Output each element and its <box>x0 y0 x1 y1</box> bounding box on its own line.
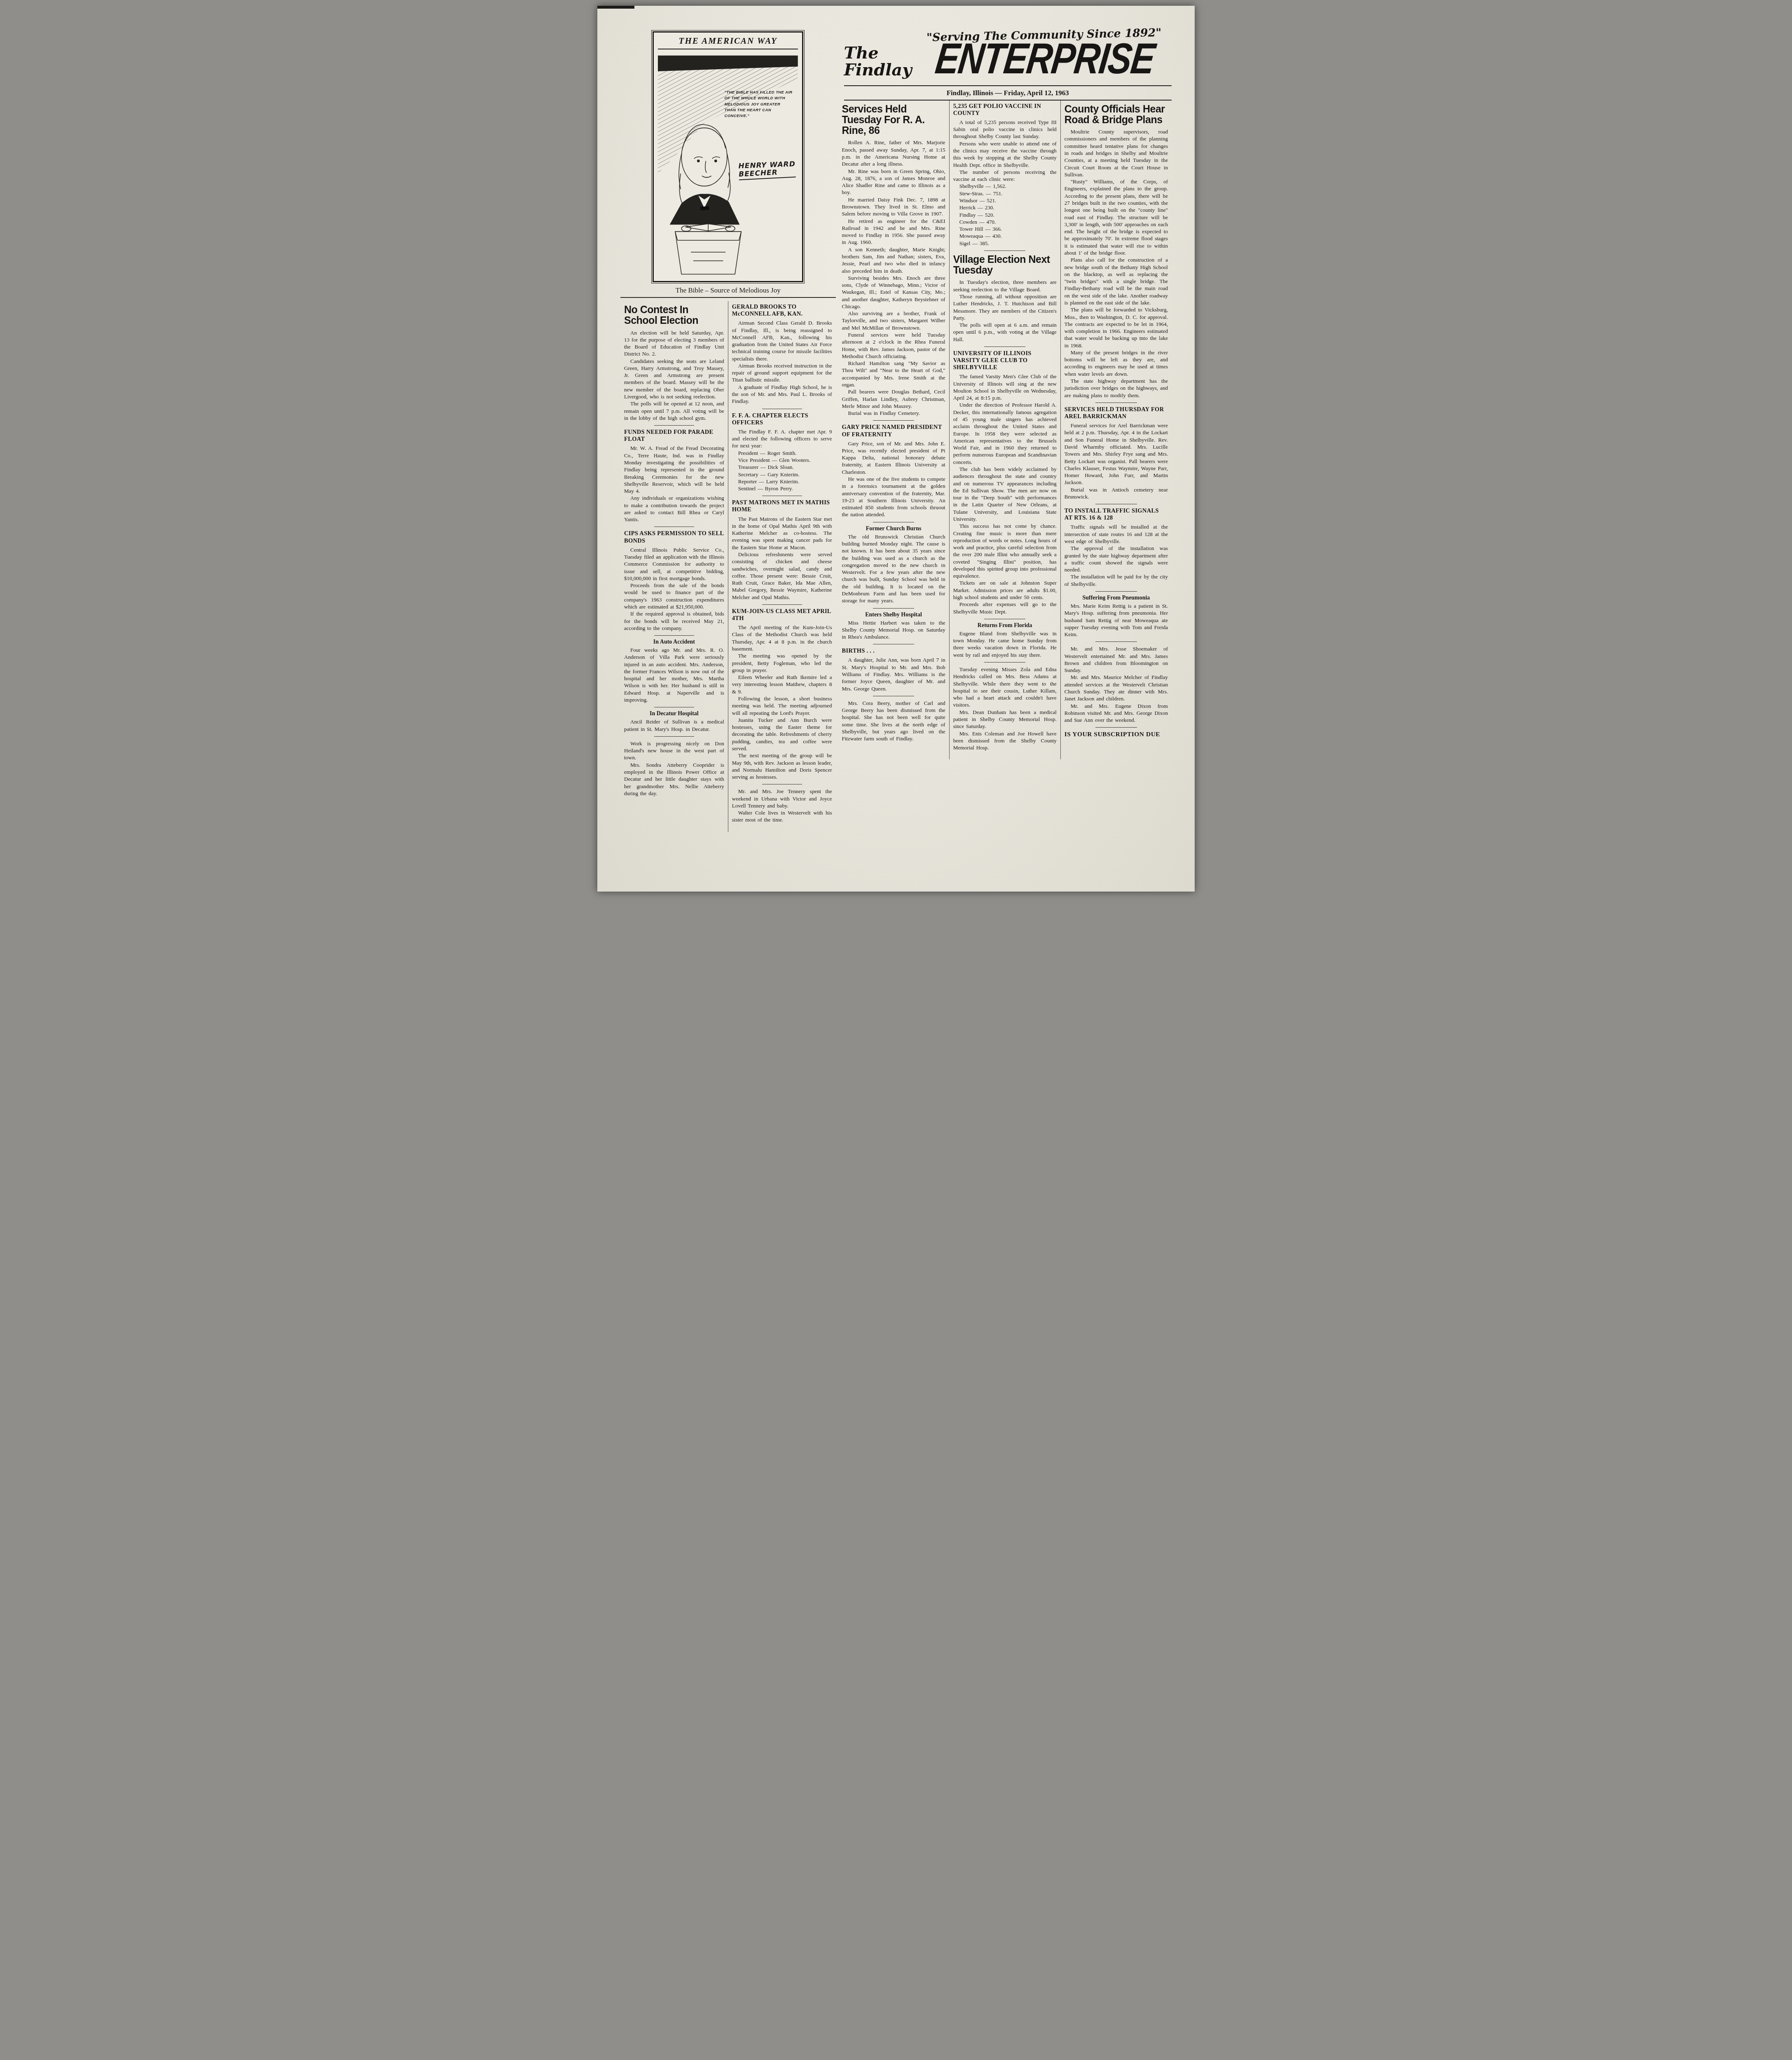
article-headline: TO INSTALL TRAFFIC SIGNALS AT RTS. 16 & … <box>1064 508 1168 522</box>
article-paragraph: Work is progressing nicely on Don Heilan… <box>624 740 724 761</box>
article-headline: PAST MATRONS MET IN MATHIS HOME <box>732 499 832 513</box>
article-list-line: Reporter — Larry Knierim. <box>732 478 832 485</box>
article-paragraph: The plans will be forwarded to Vicksburg… <box>1064 306 1168 349</box>
article-headline: GERALD BROOKS TO McCONNELL AFB, KAN. <box>732 304 832 318</box>
article-list-line: Findlay — 520. <box>953 211 1057 218</box>
news-column-4: 5,235 GET POLIO VACCINE IN COUNTYA total… <box>949 101 1060 760</box>
article-paragraph: Burial was in Findlay Cemetery. <box>842 410 945 417</box>
article-headline: IS YOUR SUBSCRIPTION DUE <box>1064 731 1168 738</box>
news-article: SERVICES HELD THURSDAY FOR AREL BARRICKM… <box>1064 406 1168 500</box>
article-list-line: Sigel — 385. <box>953 240 1057 247</box>
news-article: PAST MATRONS MET IN MATHIS HOMEThe Past … <box>732 499 832 601</box>
article-paragraph: Mrs. Cora Beery, mother of Carl and Geor… <box>842 700 945 742</box>
article-divider <box>1095 504 1137 504</box>
news-column-2: GERALD BROOKS TO McCONNELL AFB, KAN.Airm… <box>728 301 836 832</box>
news-column-1: No Contest In School ElectionAn election… <box>620 301 728 832</box>
article-paragraph: Mrs. Enis Coleman and Joe Howell have be… <box>953 730 1057 751</box>
news-article: No Contest In School ElectionAn election… <box>624 304 724 421</box>
news-article: Enters Shelby HospitalMiss Hettie Harber… <box>842 612 945 641</box>
article-paragraph: Mr. and Mrs. Eugene Dixon from Robinson … <box>1064 702 1168 724</box>
article-paragraph: Mrs. Marie Keim Rettig is a patient in S… <box>1064 602 1168 638</box>
article-divider <box>873 522 914 522</box>
article-paragraph: The approval of the installation was gra… <box>1064 545 1168 573</box>
news-article: Services Held Tuesday For R. A. Rine, 86… <box>842 104 945 417</box>
news-article: CIPS ASKS PERMISSION TO SELL BONDSCentra… <box>624 530 724 632</box>
article-paragraph: If the required approval is obtained, bi… <box>624 610 724 632</box>
news-article: IS YOUR SUBSCRIPTION DUE <box>1064 731 1168 738</box>
masthead-title-main: ENTERPRISE <box>912 30 1178 83</box>
article-paragraph: Under the direction of Professor Harold … <box>953 401 1057 466</box>
article-headline: F. F. A. CHAPTER ELECTS OFFICERS <box>732 412 832 426</box>
left-columns: No Contest In School ElectionAn election… <box>620 301 836 832</box>
article-paragraph: The next meeting of the group will be Ma… <box>732 752 832 780</box>
article-paragraph: The meeting was opened by the president,… <box>732 652 832 674</box>
article-list-line: Windsor — 521. <box>953 197 1057 204</box>
news-article: UNIVERSITY OF ILLINOIS VARSITY GLEE CLUB… <box>953 350 1057 615</box>
article-headline: No Contest In School Election <box>624 304 724 326</box>
article-paragraph: The April meeting of the Kum-Join-Us Cla… <box>732 624 832 652</box>
article-headline: UNIVERSITY OF ILLINOIS VARSITY GLEE CLUB… <box>953 350 1057 371</box>
article-divider <box>762 409 802 409</box>
right-columns: Services Held Tuesday For R. A. Rine, 86… <box>838 101 1172 760</box>
article-headline: Returns From Florida <box>953 623 1057 629</box>
article-paragraph: This success has not come by chance. Cre… <box>953 522 1057 579</box>
quote-line: "THE BIBLE HAS FILLED THE AIR <box>724 90 797 96</box>
news-article: Work is progressing nicely on Don Heilan… <box>624 740 724 797</box>
article-paragraph: Richard Hamilton sang "My Savior as Thou… <box>842 360 945 388</box>
article-paragraph: Ancil Reider of Sullivan is a medical pa… <box>624 718 724 733</box>
caption-rule <box>620 297 836 298</box>
article-paragraph: Plans also call for the construction of … <box>1064 256 1168 306</box>
article-paragraph: He married Daisy Fink Dec. 7, 1898 at Br… <box>842 196 945 218</box>
news-article: Village Election Next TuesdayIn Tuesday'… <box>953 254 1057 343</box>
article-paragraph: The Findlay F. F. A. chapter met Apr. 9 … <box>732 428 832 449</box>
article-paragraph: Mr. W. A. Fread of the Fread Decorating … <box>624 445 724 494</box>
masthead-the: The <box>844 45 912 62</box>
article-paragraph: Funeral services for Arel Barrickman wer… <box>1064 422 1168 486</box>
article-divider <box>984 346 1025 347</box>
article-list-line: Herrick — 230. <box>953 204 1057 211</box>
article-list-line: Shelbyville — 1,562. <box>953 183 1057 190</box>
article-paragraph: A total of 5,235 persons received Type I… <box>953 119 1057 140</box>
news-column-3: Services Held Tuesday For R. A. Rine, 86… <box>838 101 949 760</box>
newspaper-front-page: THE AMERICAN WAY <box>597 6 1195 892</box>
article-headline: CIPS ASKS PERMISSION TO SELL BONDS <box>624 530 724 544</box>
article-paragraph: Eugene Bland from Shelbyville was in tow… <box>953 630 1057 658</box>
article-paragraph: The club has been widely acclaimed by au… <box>953 466 1057 522</box>
article-divider <box>1095 727 1137 728</box>
quote-line: THAN THE HEART CAN CONCEIVE." <box>724 108 797 119</box>
article-paragraph: An election will be held Saturday, Apr. … <box>624 329 724 358</box>
article-divider <box>654 425 694 426</box>
article-list-line: Sentinel — Byron Perry. <box>732 485 832 492</box>
news-article: GARY PRICE NAMED PRESIDENT OF FRATERNITY… <box>842 424 945 518</box>
article-headline: In Auto Accident <box>624 639 724 646</box>
article-headline: FUNDS NEEDED FOR PARADE FLOAT <box>624 429 724 443</box>
article-paragraph: Those running, all without opposition ar… <box>953 293 1057 321</box>
news-article: TO INSTALL TRAFFIC SIGNALS AT RTS. 16 & … <box>1064 508 1168 588</box>
article-headline: In Decatur Hospital <box>624 711 724 717</box>
article-list-line: Cowden — 470. <box>953 218 1057 225</box>
article-list-line: Moweaqua — 430. <box>953 232 1057 239</box>
article-list-line: Treasurer — Dick Sloan. <box>732 463 832 471</box>
article-paragraph: The famed Varsity Men's Glee Club of the… <box>953 373 1057 401</box>
article-paragraph: Mrs. Dean Dunham has been a medical pati… <box>953 709 1057 730</box>
article-divider <box>984 619 1025 619</box>
american-way-title: THE AMERICAN WAY <box>658 36 798 49</box>
article-paragraph: Juanita Tucker and Ann Burch were hostes… <box>732 716 832 752</box>
news-article: In Decatur HospitalAncil Reider of Sulli… <box>624 711 724 733</box>
article-paragraph: Miss Hettie Harbert was taken to the She… <box>842 619 945 641</box>
page-layout: THE AMERICAN WAY <box>620 28 1172 832</box>
article-paragraph: He retired as engineer for the C&EI Rail… <box>842 218 945 246</box>
article-headline: Former Church Burns <box>842 526 945 532</box>
article-paragraph: Following the lesson, a short business m… <box>732 695 832 716</box>
article-headline: County Officials Hear Road & Bridge Plan… <box>1064 104 1168 126</box>
masthead: "Serving The Community Since 1892" The F… <box>838 28 1172 101</box>
left-section: THE AMERICAN WAY <box>620 28 838 832</box>
article-paragraph: Any individuals or organizations wishing… <box>624 494 724 523</box>
article-divider <box>984 250 1025 251</box>
article-paragraph: Mr. Rine was born in Green Spring, Ohio,… <box>842 168 945 196</box>
article-paragraph: He was one of the five students to compe… <box>842 475 945 518</box>
article-headline: Suffering From Pneumonia <box>1064 595 1168 602</box>
article-paragraph: Mrs. Sondra Atteberry Cooprider is emplo… <box>624 761 724 797</box>
news-article: In Auto AccidentFour weeks ago Mr. and M… <box>624 639 724 703</box>
news-article: 5,235 GET POLIO VACCINE IN COUNTYA total… <box>953 103 1057 247</box>
article-paragraph: Four weeks ago Mr. and Mrs. R. O. Anders… <box>624 646 724 703</box>
article-list-line: Secretary — Gary Knierim. <box>732 471 832 478</box>
article-divider <box>762 604 802 605</box>
article-headline: SERVICES HELD THURSDAY FOR AREL BARRICKM… <box>1064 406 1168 420</box>
article-paragraph: Central Illinois Public Service Co., Tue… <box>624 546 724 582</box>
article-paragraph: Persons who were unable to attend one of… <box>953 140 1057 169</box>
article-paragraph: Pall bearers were Douglas Bethard, Cecil… <box>842 388 945 410</box>
article-paragraph: The number of persons receiving the vacc… <box>953 169 1057 183</box>
illustration-caption: The Bible – Source of Melodious Joy <box>629 286 827 295</box>
article-paragraph: A graduate of Findlay High School, he is… <box>732 384 832 405</box>
article-headline: 5,235 GET POLIO VACCINE IN COUNTY <box>953 103 1057 117</box>
article-paragraph: Rollen A. Rine, father of Mrs. Marjorie … <box>842 139 945 167</box>
news-article: Tuesday evening Misses Zola and Edna Hen… <box>953 666 1057 751</box>
article-divider <box>1095 591 1137 592</box>
article-divider <box>873 644 914 644</box>
article-list-line: President — Roger Smith. <box>732 449 832 456</box>
news-article: Former Church BurnsThe old Brunswick Chr… <box>842 526 945 604</box>
masthead-title-row: The Findlay ENTERPRISE <box>844 39 1172 83</box>
quote-line: MELODIOUS JOY GREATER <box>724 102 797 108</box>
article-paragraph: Many of the present bridges in the river… <box>1064 349 1168 377</box>
article-paragraph: "Rusty" Williams, of the Corps, of Engin… <box>1064 178 1168 256</box>
article-paragraph: Traffic signals will be installed at the… <box>1064 523 1168 545</box>
article-divider <box>873 608 914 609</box>
article-paragraph: Candidates seeking the seats are Leland … <box>624 358 724 400</box>
article-headline: Village Election Next Tuesday <box>953 254 1057 276</box>
right-section: "Serving The Community Since 1892" The F… <box>838 28 1172 832</box>
article-paragraph: Gary Price, son of Mr. and Mrs. John E. … <box>842 440 945 475</box>
news-article: Mrs. Cora Beery, mother of Carl and Geor… <box>842 700 945 742</box>
article-paragraph: Eileen Wheeler and Ruth Ikemire led a ve… <box>732 674 832 695</box>
scan-edge-mark <box>597 6 634 9</box>
beecher-quote: "THE BIBLE HAS FILLED THE AIR OF THE WHO… <box>724 90 797 119</box>
article-paragraph: Mr. and Mrs. Joe Tennery spent the weeke… <box>732 788 832 809</box>
news-article: BIRTHS . . .A daughter, Julie Ann, was b… <box>842 648 945 692</box>
news-column-5: County Officials Hear Road & Bridge Plan… <box>1060 101 1172 760</box>
news-article: F. F. A. CHAPTER ELECTS OFFICERSThe Find… <box>732 412 832 492</box>
article-paragraph: In Tuesday's election, three members are… <box>953 279 1057 293</box>
article-paragraph: Funeral services were held Tuesday after… <box>842 331 945 360</box>
article-headline: BIRTHS . . . <box>842 648 945 655</box>
article-paragraph: Airman Second Class Gerald D. Brooks of … <box>732 319 832 362</box>
article-divider <box>654 736 694 737</box>
article-paragraph: The installation will be paid for by the… <box>1064 573 1168 588</box>
news-article: KUM-JOIN-US CLASS MET APRIL 4THThe April… <box>732 608 832 780</box>
article-divider <box>654 635 694 636</box>
article-paragraph: Proceeds from the sale of the bonds woul… <box>624 582 724 610</box>
article-divider <box>762 496 802 496</box>
article-paragraph: The polls will be opened at 12 noon, and… <box>624 400 724 421</box>
article-paragraph: Burial was in Antioch cemetery near Brun… <box>1064 486 1168 501</box>
article-paragraph: A daughter, Julie Ann, was born April 7 … <box>842 656 945 692</box>
article-divider <box>1095 403 1137 403</box>
masthead-findlay: Findlay <box>844 62 912 79</box>
article-paragraph: The Past Matrons of the Eastern Star met… <box>732 515 832 551</box>
article-list-line: Vice President — Glen Wooters. <box>732 456 832 463</box>
beecher-illustration: "THE BIBLE HAS FILLED THE AIR OF THE WHO… <box>658 50 798 281</box>
article-paragraph: Mr. and Mrs. Maurice Melcher of Findlay … <box>1064 674 1168 702</box>
article-divider <box>1095 641 1137 642</box>
news-article: Mr. and Mrs. Joe Tennery spent the weeke… <box>732 788 832 823</box>
news-article: Returns From FloridaEugene Bland from Sh… <box>953 623 1057 658</box>
article-paragraph: Also surviving are a brother, Frank of T… <box>842 310 945 331</box>
article-list-line: Tower Hill — 366. <box>953 225 1057 232</box>
american-way-box: THE AMERICAN WAY <box>653 31 803 282</box>
article-paragraph: Delicious refreshments were served consi… <box>732 551 832 601</box>
article-paragraph: Walter Cole lives in Westervelt with his… <box>732 809 832 824</box>
article-divider <box>873 420 914 421</box>
news-article: County Officials Hear Road & Bridge Plan… <box>1064 104 1168 399</box>
article-divider <box>873 696 914 696</box>
article-paragraph: Moultrie County supervisors, road commis… <box>1064 128 1168 178</box>
news-article: Mr. and Mrs. Jesse Shoemaker of Westerve… <box>1064 645 1168 723</box>
dateline: Findlay, Illinois — Friday, April 12, 19… <box>844 85 1172 101</box>
article-paragraph: The polls will open at 6 a.m. and remain… <box>953 321 1057 343</box>
article-paragraph: The state highway department has the jur… <box>1064 377 1168 399</box>
article-paragraph: Mr. and Mrs. Jesse Shoemaker of Westerve… <box>1064 645 1168 674</box>
article-headline: KUM-JOIN-US CLASS MET APRIL 4TH <box>732 608 832 622</box>
news-article: GERALD BROOKS TO McCONNELL AFB, KAN.Airm… <box>732 304 832 405</box>
quote-line: OF THE WHOLE WORLD WITH <box>724 96 797 101</box>
beecher-name: HENRY WARD BEECHER <box>738 161 796 180</box>
news-article: Suffering From PneumoniaMrs. Marie Keim … <box>1064 595 1168 638</box>
article-headline: Services Held Tuesday For R. A. Rine, 86 <box>842 104 945 136</box>
article-paragraph: The old Brunswick Christian Church build… <box>842 533 945 604</box>
article-divider <box>654 707 694 707</box>
article-paragraph: Proceeds after expenses will go to the S… <box>953 601 1057 615</box>
article-paragraph: Surviving besides Mrs. Enoch are three s… <box>842 274 945 310</box>
article-paragraph: Tuesday evening Misses Zola and Edna Hen… <box>953 666 1057 709</box>
news-article: FUNDS NEEDED FOR PARADE FLOATMr. W. A. F… <box>624 429 724 523</box>
article-headline: GARY PRICE NAMED PRESIDENT OF FRATERNITY <box>842 424 945 438</box>
article-divider <box>654 527 694 527</box>
masthead-title-small: The Findlay <box>844 45 912 83</box>
article-list-line: Stew-Stras. — 751. <box>953 190 1057 197</box>
article-headline: Enters Shelby Hospital <box>842 612 945 618</box>
article-paragraph: A son Kenneth; daughter, Marie Knight; b… <box>842 246 945 274</box>
article-divider <box>984 662 1025 662</box>
article-paragraph: Tickets are on sale at Johnston Super Ma… <box>953 579 1057 601</box>
article-divider <box>762 784 802 784</box>
article-paragraph: Airman Brooks received instruction in th… <box>732 362 832 384</box>
